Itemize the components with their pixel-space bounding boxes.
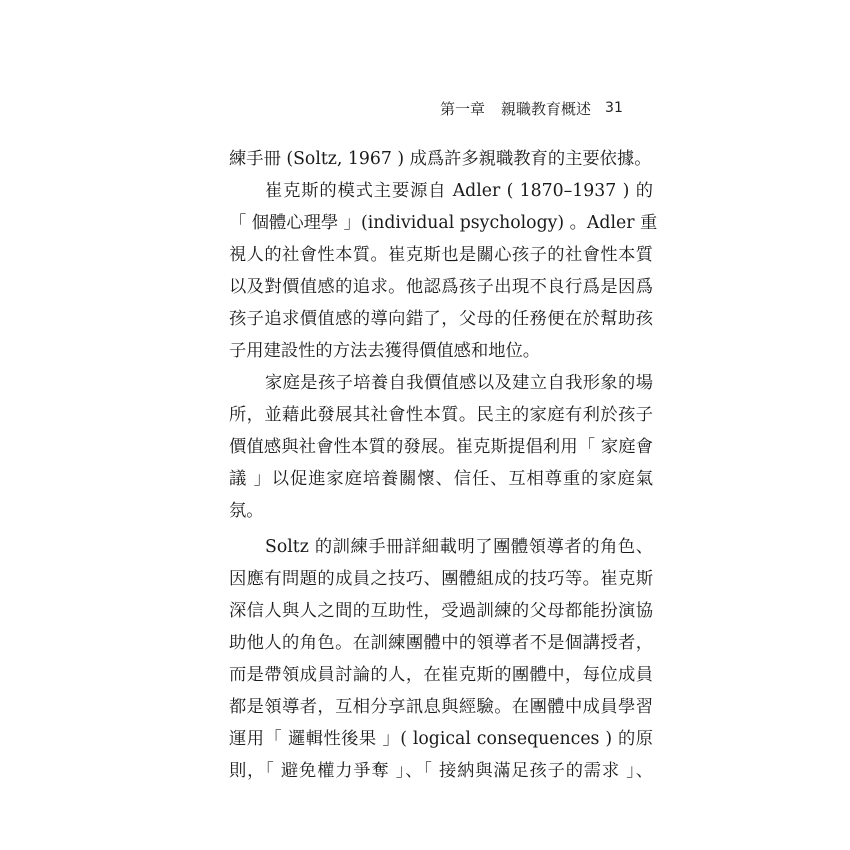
text-line: 價值感與社會性本質的發展。崔克斯提倡利用「 家庭會: [229, 431, 653, 463]
text-line: 以及對價值感的追求。他認爲孩子出現不良行爲是因爲: [229, 271, 653, 303]
page-number: 31: [605, 100, 623, 116]
running-header: 第一章 親職教育概述 31: [440, 95, 655, 121]
paragraph: Soltz 的訓練手冊詳細載明了團體領導者的角色、因應有問題的成員之技巧、團體組…: [229, 531, 653, 787]
text-line: 視人的社會性本質。崔克斯也是關心孩子的社會性本質: [229, 239, 653, 271]
paragraph: 練手冊 (Soltz, 1967 ) 成爲許多親職教育的主要依據。: [229, 143, 653, 175]
chapter-label: 第一章: [440, 98, 485, 119]
paragraph: 崔克斯的模式主要源自 Adler ( 1870–1937 ) 的「 個體心理學 …: [229, 175, 653, 367]
text-line: 孩子追求價值感的導向錯了，父母的任務便在於幫助孩: [229, 303, 653, 335]
text-line: Soltz 的訓練手冊詳細載明了團體領導者的角色、: [229, 531, 653, 563]
page-body: 練手冊 (Soltz, 1967 ) 成爲許多親職教育的主要依據。崔克斯的模式主…: [229, 143, 653, 787]
text-line: 家庭是孩子培養自我價值感以及建立自我形象的場: [229, 367, 653, 399]
text-line: 深信人與人之間的互助性，受過訓練的父母都能扮演協: [229, 595, 653, 627]
text-line: 練手冊 (Soltz, 1967 ) 成爲許多親職教育的主要依據。: [229, 143, 653, 175]
text-line: 子用建設性的方法去獲得價值感和地位。: [229, 335, 653, 367]
text-line: 因應有問題的成員之技巧、團體組成的技巧等。崔克斯: [229, 563, 653, 595]
text-line: 所，並藉此發展其社會性本質。民主的家庭有利於孩子: [229, 399, 653, 431]
text-line: 都是領導者，互相分享訊息與經驗。在團體中成員學習: [229, 691, 653, 723]
text-line: 議 」以促進家庭培養關懷、信任、互相尊重的家庭氣: [229, 463, 653, 495]
chapter-title: 親職教育概述: [501, 98, 591, 119]
text-line: 助他人的角色。在訓練團體中的領導者不是個講授者，: [229, 627, 653, 659]
paragraph: 家庭是孩子培養自我價值感以及建立自我形象的場所，並藉此發展其社會性本質。民主的家…: [229, 367, 653, 527]
text-line: 氛。: [229, 495, 653, 527]
text-line: 而是帶領成員討論的人，在崔克斯的團體中，每位成員: [229, 659, 653, 691]
text-line: 則，「 避免權力爭奪 」、「 接納與滿足孩子的需求 」、: [229, 755, 653, 787]
text-line: 「 個體心理學 」(individual psychology) 。Adler …: [229, 207, 653, 239]
text-line: 崔克斯的模式主要源自 Adler ( 1870–1937 ) 的: [229, 175, 653, 207]
text-line: 運用「 邏輯性後果 」( logical consequences ) 的原: [229, 723, 653, 755]
